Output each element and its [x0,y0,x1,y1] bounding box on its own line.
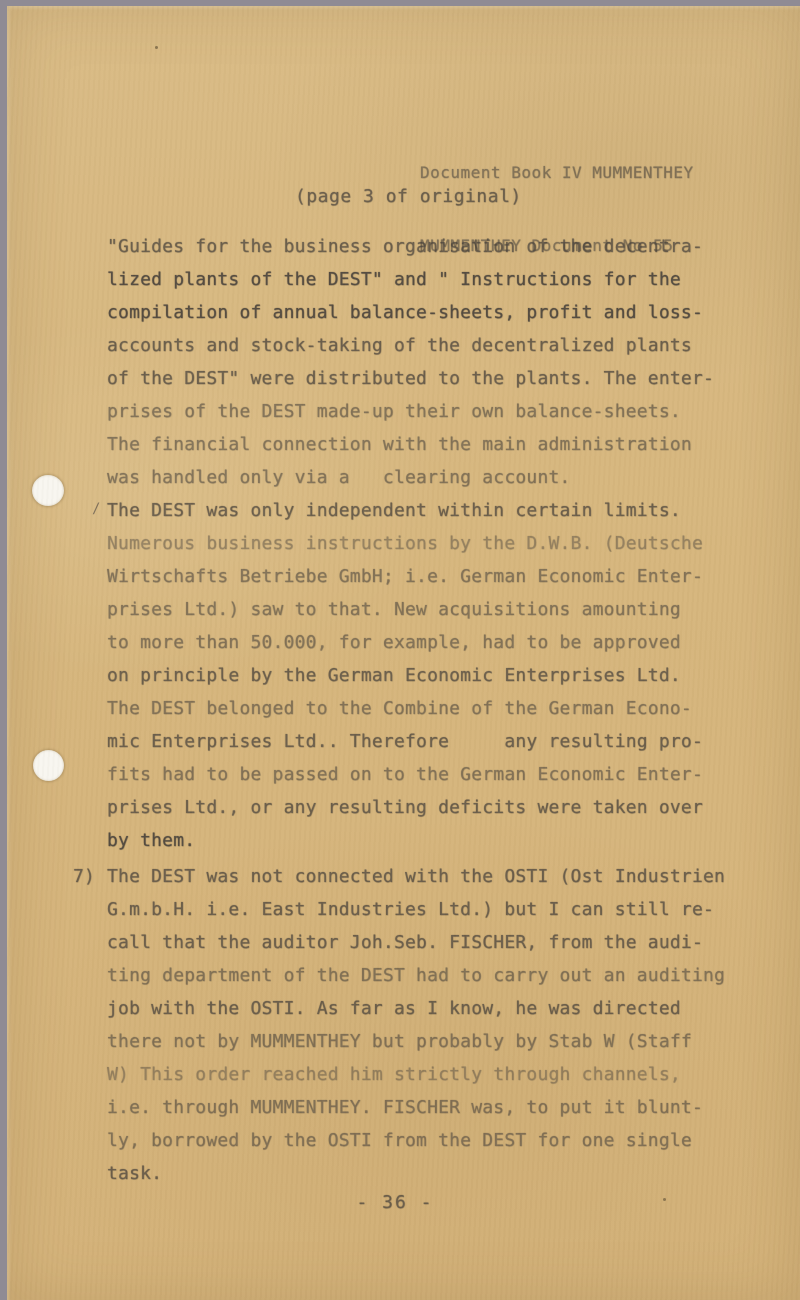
scanned-document-page: { "colors": { "paper": "#d6b67d", "ink":… [0,0,800,1300]
text-line: call that the auditor Joh.Seb. FISCHER, … [107,926,747,959]
text-line: compilation of annual balance-sheets, pr… [107,296,747,329]
text-line: accounts and stock-taking of the decentr… [107,329,747,362]
text-line: The DEST was not connected with the OSTI… [107,860,747,893]
text-line: "Guides for the business organisation of… [107,230,747,263]
text-line: task. [107,1157,747,1190]
text-line: G.m.b.H. i.e. East Industries Ltd.) but … [107,893,747,926]
text-line: lized plants of the DEST" and " Instruct… [107,263,747,296]
stray-pen-mark: / [92,501,100,517]
text-line: ly, borrowed by the OSTI from the DEST f… [107,1124,747,1157]
text-line: fits had to be passed on to the German E… [107,758,747,791]
punch-hole-top [32,475,64,506]
text-line: there not by MUMMENTHEY but probably by … [107,1025,747,1058]
text-line: i.e. through MUMMENTHEY. FISCHER was, to… [107,1091,747,1124]
item-7-marker: 7) [73,860,95,893]
text-line: The financial connection with the main a… [107,428,747,461]
text-line: Numerous business instructions by the D.… [107,527,747,560]
text-line: The DEST belonged to the Combine of the … [107,692,747,725]
text-line: W) This order reached him strictly throu… [107,1058,747,1091]
paper-speck [663,1198,666,1201]
text-line: prises Ltd.) saw to that. New acquisitio… [107,593,747,626]
paper-sheet: Document Book IV MUMMENTHEY MUMMENTHEY D… [7,6,800,1300]
text-line: of the DEST" were distributed to the pla… [107,362,747,395]
text-line: was handled only via a clearing account. [107,461,747,494]
numbered-item-7: 7) The DEST was not connected with the O… [107,860,747,1190]
punch-hole-bottom [33,750,64,781]
text-line: on principle by the German Economic Ente… [107,659,747,692]
document-body: "Guides for the business organisation of… [107,230,747,1190]
text-line: to more than 50.000, for example, had to… [107,626,747,659]
text-line: prises Ltd., or any resulting deficits w… [107,791,747,824]
paper-speck [155,46,158,49]
text-line: ting department of the DEST had to carry… [107,959,747,992]
text-line: The DEST was only independent within cer… [107,494,747,527]
text-line: job with the OSTI. As far as I know, he … [107,992,747,1025]
text-line: prises of the DEST made-up their own bal… [107,395,747,428]
text-line: Wirtschafts Betriebe GmbH; i.e. German E… [107,560,747,593]
text-line: by them. [107,824,747,857]
original-page-note: (page 3 of original) [295,186,522,207]
text-line: mic Enterprises Ltd.. Therefore any resu… [107,725,747,758]
paragraph-continuation: "Guides for the business organisation of… [107,230,747,857]
page-number: - 36 - [0,1192,795,1213]
